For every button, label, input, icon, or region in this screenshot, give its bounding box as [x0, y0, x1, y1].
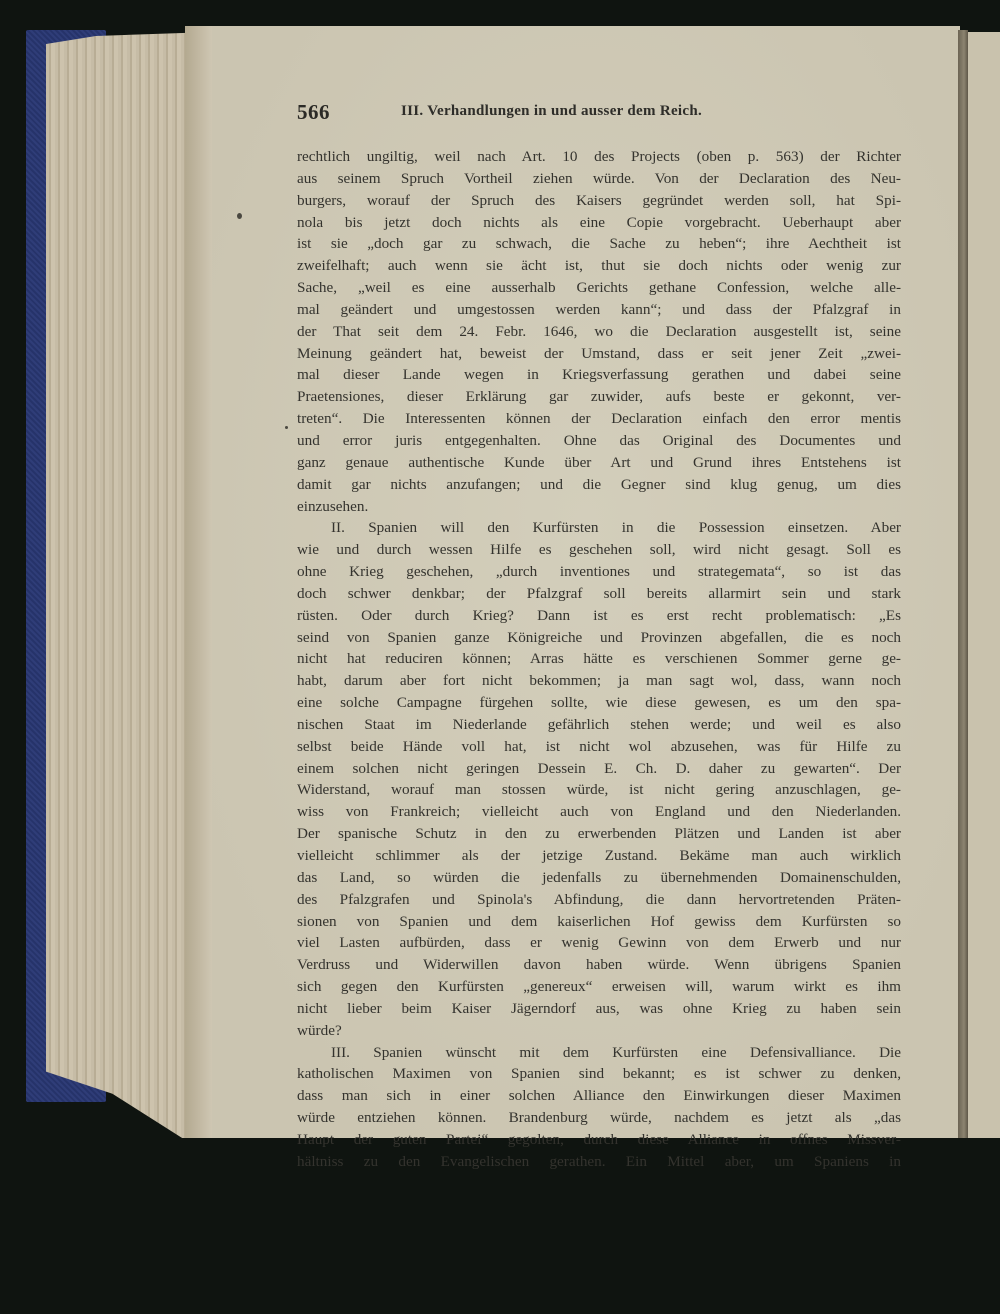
- text-line: würde?: [297, 1020, 901, 1042]
- facing-page-edge: [968, 32, 1000, 1138]
- text-line: mal geändert und umgestossen werden kann…: [297, 299, 901, 321]
- text-line: dass man sich in einer solchen Alliance …: [297, 1085, 901, 1107]
- text-line: katholischen Maximen von Spanien sind be…: [297, 1063, 901, 1085]
- text-line: damit gar nichts anzufangen; und die Geg…: [297, 474, 901, 496]
- text-line: Verdruss und Widerwillen davon haben wür…: [297, 954, 901, 976]
- text-line: ist sie „doch gar zu schwach, die Sache …: [297, 233, 901, 255]
- text-line: nicht hat reduciren können; Arras hätte …: [297, 648, 901, 670]
- text-line: rechtlich ungiltig, weil nach Art. 10 de…: [297, 146, 901, 168]
- text-line: nischen Staat im Niederlande gefährlich …: [297, 714, 901, 736]
- running-head: 566 III. Verhandlungen in und ausser dem…: [297, 100, 897, 130]
- text-line: ohne Krieg geschehen, „durch inventiones…: [297, 561, 901, 583]
- text-line: einzusehen.: [297, 496, 901, 518]
- text-line: Sache, „weil es eine ausserhalb Gerichts…: [297, 277, 901, 299]
- page-number: 566: [297, 100, 330, 125]
- text-line: rüsten. Oder durch Krieg? Dann ist es er…: [297, 605, 901, 627]
- text-line: doch schwer denkbar; der Pfalzgraf soll …: [297, 583, 901, 605]
- text-line: der That seit dem 24. Febr. 1646, wo die…: [297, 321, 901, 343]
- text-line: Der spanische Schutz in den zu erwerbend…: [297, 823, 901, 845]
- text-line: seind von Spanien ganze Königreiche und …: [297, 627, 901, 649]
- text-line: mal dieser Lande wegen in Kriegsverfassu…: [297, 364, 901, 386]
- text-line: habt, darum aber fort nicht bekommen; ja…: [297, 670, 901, 692]
- text-line: des Pfalzgrafen und Spinola's Abfindung,…: [297, 889, 901, 911]
- text-line: vielleicht schlimmer als der jetzige Zus…: [297, 845, 901, 867]
- text-line: wiss von Frankreich; vielleicht auch von…: [297, 801, 901, 823]
- text-line: das Land, so würden die jedenfalls zu üb…: [297, 867, 901, 889]
- text-line: ganz genaue authentische Kunde über Art …: [297, 452, 901, 474]
- text-line: nola bis jetzt doch nichts als eine Copi…: [297, 212, 901, 234]
- text-line: II. Spanien will den Kurfürsten in die P…: [297, 517, 901, 539]
- text-line: hältniss zu den Evangelischen gerathen. …: [297, 1151, 901, 1173]
- text-line: aus seinem Spruch Vortheil ziehen würde.…: [297, 168, 901, 190]
- text-line: würde entziehen können. Brandenburg würd…: [297, 1107, 901, 1129]
- gutter-shadow: [185, 26, 213, 1138]
- text-line: III. Spanien wünscht mit dem Kurfürsten …: [297, 1042, 901, 1064]
- text-line: sionen von Spanien und dem kaiserlichen …: [297, 911, 901, 933]
- text-line: selbst beide Hände voll hat, ist nicht w…: [297, 736, 901, 758]
- text-line: treten“. Die Interessenten können der De…: [297, 408, 901, 430]
- text-line: Widerstand, worauf man stossen würde, is…: [297, 779, 901, 801]
- ink-speck: [285, 426, 288, 429]
- text-line: wie und durch wessen Hilfe es geschehen …: [297, 539, 901, 561]
- text-line: nicht lieber beim Kaiser Jägerndorf aus,…: [297, 998, 901, 1020]
- chapter-title: III. Verhandlungen in und ausser dem Rei…: [401, 103, 702, 120]
- book-spine-fold: [958, 30, 968, 1138]
- text-line: zweifelhaft; auch wenn sie ächt ist, thu…: [297, 255, 901, 277]
- text-line: einem solchen nicht geringen Dessein E. …: [297, 758, 901, 780]
- text-line: viel Lasten aufbürden, dass er wenig Gew…: [297, 932, 901, 954]
- ink-speck: [237, 213, 242, 219]
- text-line: Meinung geändert hat, beweist der Umstan…: [297, 343, 901, 365]
- text-line: sich gegen den Kurfürsten „genereux“ erw…: [297, 976, 901, 998]
- text-line: eine solche Campagne fürgehen sollte, wi…: [297, 692, 901, 714]
- text-line: Haupt der guten Partei“ gegolten, durch …: [297, 1129, 901, 1151]
- body-text: rechtlich ungiltig, weil nach Art. 10 de…: [297, 146, 901, 1173]
- text-line: burgers, worauf der Spruch des Kaisers g…: [297, 190, 901, 212]
- text-line: Praetensiones, dieser Erklärung gar zuwi…: [297, 386, 901, 408]
- text-line: und error juris entgegenhalten. Ohne das…: [297, 430, 901, 452]
